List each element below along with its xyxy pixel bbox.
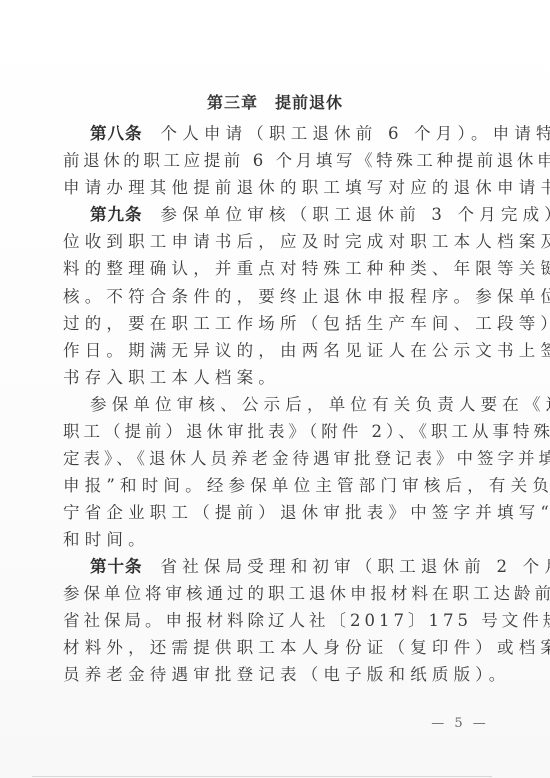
chapter-title: 第三章 提前退休	[0, 90, 550, 113]
article-8-label: 第八条	[90, 124, 143, 143]
paragraph-line-4: 申报”和时间。经参保单位主管部门审核后，有关负责人在《辽	[63, 475, 463, 497]
paragraph-line-2: 职工（提前）退休审批表》（附件 2）、《职工从事特殊工种岗位认	[63, 421, 463, 443]
document-page: 第三章 提前退休 第八条个人申请（职工退休前 6 个月）。申请特殊工种提 前退休…	[0, 0, 550, 778]
article-10-line-1: 第十条省社保局受理和初审（职工退休前 2 个月完成）。	[90, 556, 490, 578]
article-10-line-4: 材料外，还需提供职工本人身份证（复印件）或档案卡、退休人	[63, 637, 463, 659]
paragraph-line-5: 宁省企业职工（提前）退休审批表》中签字并填写“同意申报”	[63, 502, 463, 524]
article-10-line-3: 省社保局。申报材料除辽人社〔2017〕175 号文件规定应提供的	[63, 610, 463, 632]
article-9-label: 第九条	[90, 205, 143, 224]
article-10-line-2: 参保单位将审核通过的职工退休申报材料在职工达龄前 3 个月报	[63, 583, 463, 605]
article-9-line-4: 核。不符合条件的，要终止退休申报程序。参保单位初步审核通	[63, 286, 463, 308]
article-9-line-5: 过的，要在职工工作场所（包括生产车间、工段等）公示 7 个工	[63, 313, 463, 335]
article-8-line-2: 前退休的职工应提前 6 个月填写《特殊工种提前退休申请书》，	[63, 150, 463, 172]
article-text: 个人申请（职工退休前 6 个月）。申请特殊工种提	[161, 124, 550, 143]
page-bottom-edge	[32, 776, 492, 777]
article-text: 省社保局受理和初审（职工退休前 2 个月完成）。	[161, 557, 550, 576]
article-9-line-7: 书存入职工本人档案。	[63, 367, 463, 389]
article-10-line-5: 员养老金待遇审批登记表（电子版和纸质版）。	[63, 664, 463, 686]
article-8-line-1: 第八条个人申请（职工退休前 6 个月）。申请特殊工种提	[90, 123, 490, 145]
article-10-label: 第十条	[90, 557, 143, 576]
article-8-line-3: 申请办理其他提前退休的职工填写对应的退休申请书。	[63, 177, 463, 199]
article-9-line-6: 作日。期满无异议的，由两名见证人在公示文书上签字。公示文	[63, 340, 463, 362]
paragraph-line-3: 定表》、《退休人员养老金待遇审批登记表》中签字并填写“同意	[63, 448, 463, 470]
paragraph-line-1: 参保单位审核、公示后，单位有关负责人要在《辽宁省企业	[90, 394, 490, 416]
paragraph-line-6: 和时间。	[63, 529, 463, 551]
article-text: 参保单位审核（职工退休前 3 个月完成）。参保单	[161, 205, 550, 224]
article-9-line-1: 第九条参保单位审核（职工退休前 3 个月完成）。参保单	[90, 204, 490, 226]
article-9-line-2: 位收到职工申请书后，应及时完成对职工本人档案及其它原始资	[63, 231, 463, 253]
article-9-line-3: 料的整理确认，并重点对特殊工种种类、年限等关键要素进行审	[63, 258, 463, 280]
page-number: — 5 —	[420, 716, 500, 731]
